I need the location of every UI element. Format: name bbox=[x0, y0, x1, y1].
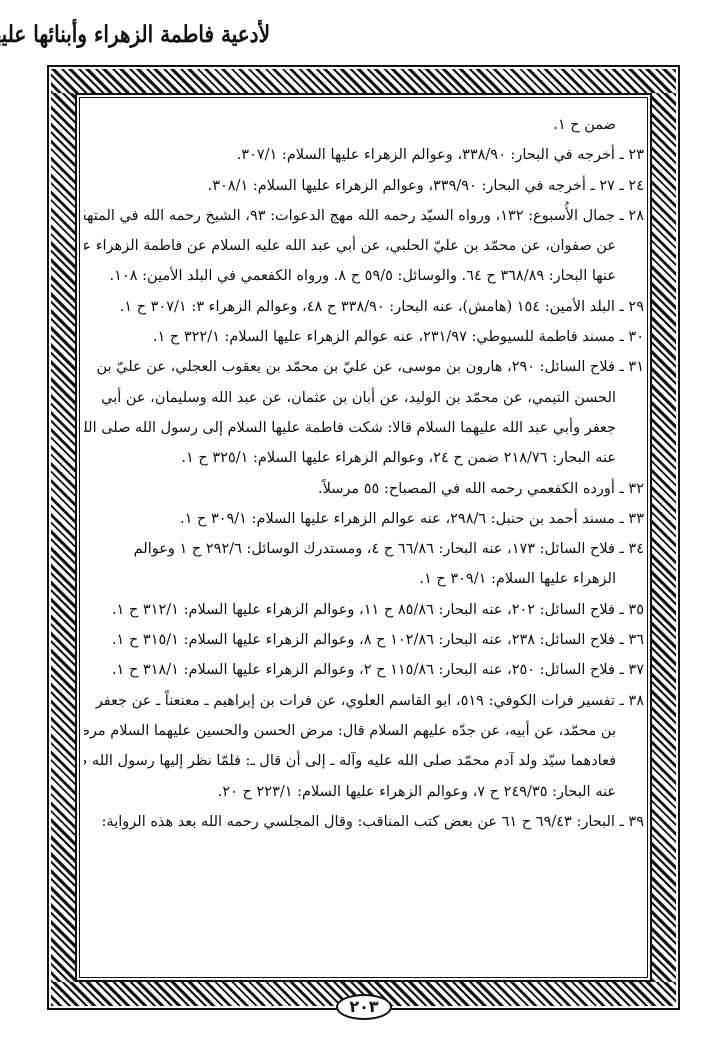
footnote-line: الحسن التيمي، عن محمّد بن الوليد، عن أبا… bbox=[84, 383, 644, 413]
footnote-line: عنه البحار: ٢١٨/٧٦ ضمن ح ٢٤، وعوالم الزه… bbox=[84, 443, 644, 473]
footnote-line: الزهراء عليها السلام: ٣٠٩/١ ح ١. bbox=[84, 564, 644, 594]
footnote-line: ٣٨ ـ تفسير فرات الكوفي: ٥١٩، ابو القاسم … bbox=[84, 686, 644, 716]
footnote-line: ضمن ح ١. bbox=[84, 110, 644, 140]
footnotes-block: ضمن ح ١. ٢٣ ـ أخرجه في البحار: ٣٣٨/٩٠، و… bbox=[84, 110, 644, 837]
footnote-line: جعفر وأبي عبد الله عليهما السلام قالا: ش… bbox=[84, 413, 644, 443]
footnote-line: ٣٠ ـ مسند فاطمة للسيوطي: ٢٣١/٩٧، عنه عوا… bbox=[84, 322, 644, 352]
footnote-line: ٣٣ ـ مسند أحمد بن حنبل: ٢٩٨/٦، عنه عوالم… bbox=[84, 504, 644, 534]
footnote-line: ٣٦ ـ فلاح السائل: ٢٣٨، عنه البحار: ١٠٢/٨… bbox=[84, 625, 644, 655]
footnote-line: ٣٥ ـ فلاح السائل: ٢٠٢، عنه البحار: ٨٥/٨٦… bbox=[84, 595, 644, 625]
footnote-line: عنه البحار: ٢٤٩/٣٥ ح ٧، وعوالم الزهراء ع… bbox=[84, 777, 644, 807]
footnote-line: ٣٧ ـ فلاح السائل: ٢٥٠، عنه البحار: ١١٥/٨… bbox=[84, 655, 644, 685]
footnote-line: ٣١ ـ فلاح السائل: ٢٩٠، هارون بن موسى، عن… bbox=[84, 352, 644, 382]
footnote-line: عنها البحار: ٣٦٨/٨٩ ح ٦٤. والوسائل: ٥٩/٥… bbox=[84, 261, 644, 291]
footnote-line: ٢٨ ـ جمال الأُسبوع: ١٣٢، ورواه السيّد رح… bbox=[84, 201, 644, 231]
footnote-line: ٣٢ ـ أورده الكفعمي رحمه الله في المصباح:… bbox=[84, 474, 644, 504]
footnote-line: بن محمّد، عن أبيه، عن جدّه عليهم السلام … bbox=[84, 716, 644, 746]
footnote-line: ٢٣ ـ أخرجه في البحار: ٣٣٨/٩٠، وعوالم الز… bbox=[84, 140, 644, 170]
page-number: ٢٠٣ bbox=[336, 994, 392, 1020]
footnote-line: ٣٩ ـ البحار: ٦٩/٤٣ ح ٦١ عن بعض كتب المنا… bbox=[84, 807, 644, 837]
running-head-title: لأدعية فاطمة الزهراء وأبنائها عليهم السل… bbox=[30, 20, 270, 64]
footnote-line: ٣٤ ـ فلاح السائل: ١٧٣، عنه البحار: ٦٦/٨٦… bbox=[84, 534, 644, 564]
footnote-line: ٢٩ ـ البلد الأمين: ١٥٤ (هامش)، عنه البحا… bbox=[84, 292, 644, 322]
footnote-line: ٢٤ ـ ٢٧ ـ أخرجه في البحار: ٣٣٩/٩٠، وعوال… bbox=[84, 171, 644, 201]
footnote-line: عن صفوان، عن محمّد بن عليّ الحلبي، عن أب… bbox=[84, 231, 644, 261]
footnote-line: فعادهما سيّد ولد آدم محمّد صلى الله عليه… bbox=[84, 746, 644, 776]
